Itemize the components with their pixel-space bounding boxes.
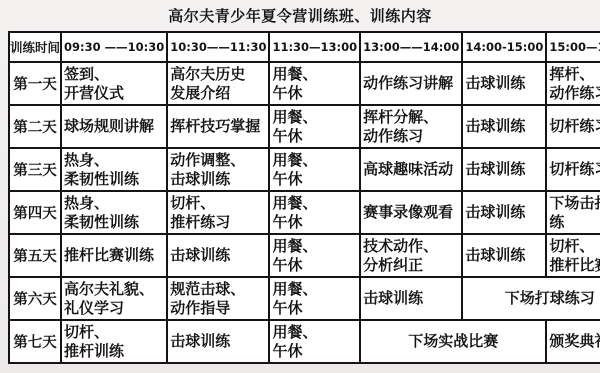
schedule-cell: 用餐、 午休 xyxy=(269,277,360,320)
schedule-cell: 签到、 开营仪式 xyxy=(61,62,167,105)
time-header-2: 10:30——11:30 xyxy=(167,32,269,62)
table-row-day3: 第三天 热身、 柔韧性训练 动作调整、 击球训练 用餐、 午休 高球趣味活动 击… xyxy=(9,148,600,191)
schedule-cell: 击球训练 xyxy=(462,148,546,191)
page: 高尔夫青少年夏令营训练班、训练内容 训练时间 09:30 ——10:30 10:… xyxy=(0,0,600,373)
schedule-cell: 赛事录像观看 xyxy=(360,191,462,234)
table-row-day2: 第二天 球场规则讲解 挥杆技巧掌握 用餐、 午休 挥杆分解、 动作练习 击球训练… xyxy=(9,105,600,148)
schedule-cell: 动作练习讲解 xyxy=(360,62,462,105)
schedule-cell: 用餐、 午休 xyxy=(269,234,360,277)
time-header-4: 13:00——14:00 xyxy=(360,32,462,62)
schedule-cell: 颁奖典礼 xyxy=(546,320,600,363)
schedule-cell: 挥杆、 动作练习 xyxy=(546,62,600,105)
table-row-day4: 第四天 热身、 柔韧性训练 切杆、 推杆练习 用餐、 午休 赛事录像观看 击球训… xyxy=(9,191,600,234)
corner-header: 训练时间 xyxy=(9,32,61,62)
time-header-3: 11:30—13:00 xyxy=(269,32,360,62)
day-label: 第六天 xyxy=(9,277,61,320)
day-label: 第五天 xyxy=(9,234,61,277)
schedule-cell: 击球训练 xyxy=(167,234,269,277)
schedule-cell: 击球训练 xyxy=(462,105,546,148)
schedule-cell: 用餐、 午休 xyxy=(269,62,360,105)
table-row-day6: 第六天 高尔夫礼貌、 礼仪学习 规范击球、 动作指导 用餐、 午休 击球训练 下… xyxy=(9,277,600,320)
schedule-table: 训练时间 09:30 ——10:30 10:30——11:30 11:30—13… xyxy=(8,31,600,364)
schedule-cell: 切杆、 推杆比赛 xyxy=(546,234,600,277)
schedule-cell: 击球训练 xyxy=(360,277,462,320)
schedule-cell-merged: 下场打球练习 xyxy=(462,277,600,320)
header-row: 训练时间 09:30 ——10:30 10:30——11:30 11:30—13… xyxy=(9,32,600,62)
schedule-cell: 规范击球、 动作指导 xyxy=(167,277,269,320)
day-label: 第三天 xyxy=(9,148,61,191)
schedule-cell: 推杆比赛训练 xyxy=(61,234,167,277)
schedule-cell: 击球训练 xyxy=(462,191,546,234)
schedule-cell: 球场规则讲解 xyxy=(61,105,167,148)
schedule-cell: 高尔夫历史 发展介绍 xyxy=(167,62,269,105)
day-label: 第七天 xyxy=(9,320,61,363)
schedule-cell: 切杆、 推杆练习 xyxy=(167,191,269,234)
schedule-cell: 击球训练 xyxy=(462,234,546,277)
schedule-cell: 击球训练 xyxy=(167,320,269,363)
schedule-cell: 挥杆技巧掌握 xyxy=(167,105,269,148)
day-label: 第二天 xyxy=(9,105,61,148)
schedule-cell: 热身、 柔韧性训练 xyxy=(61,191,167,234)
schedule-cell: 用餐、 午休 xyxy=(269,105,360,148)
schedule-cell: 切杆、 推杆训练 xyxy=(61,320,167,363)
day-label: 第一天 xyxy=(9,62,61,105)
time-header-6: 15:00—16:00 xyxy=(546,32,600,62)
schedule-cell: 挥杆分解、 动作练习 xyxy=(360,105,462,148)
schedule-cell: 用餐、 午休 xyxy=(269,320,360,363)
schedule-cell: 用餐、 午休 xyxy=(269,191,360,234)
schedule-cell: 高球趣味活动 xyxy=(360,148,462,191)
schedule-cell: 击球训练 xyxy=(462,62,546,105)
table-row-day1: 第一天 签到、 开营仪式 高尔夫历史 发展介绍 用餐、 午休 动作练习讲解 击球… xyxy=(9,62,600,105)
page-title: 高尔夫青少年夏令营训练班、训练内容 xyxy=(0,5,600,26)
time-header-1: 09:30 ——10:30 xyxy=(61,32,167,62)
schedule-cell: 切杆练习 xyxy=(546,105,600,148)
schedule-cell: 下场击打训练 xyxy=(546,191,600,234)
schedule-cell: 切杆练习 xyxy=(546,148,600,191)
time-header-5: 14:00-15:00 xyxy=(462,32,546,62)
schedule-cell: 技术动作、 分析纠正 xyxy=(360,234,462,277)
day-label: 第四天 xyxy=(9,191,61,234)
schedule-cell: 用餐、 午休 xyxy=(269,148,360,191)
schedule-cell: 动作调整、 击球训练 xyxy=(167,148,269,191)
schedule-cell: 高尔夫礼貌、 礼仪学习 xyxy=(61,277,167,320)
schedule-cell-merged: 下场实战比赛 xyxy=(360,320,546,363)
schedule-cell: 热身、 柔韧性训练 xyxy=(61,148,167,191)
table-row-day7: 第七天 切杆、 推杆训练 击球训练 用餐、 午休 下场实战比赛 颁奖典礼 xyxy=(9,320,600,363)
table-row-day5: 第五天 推杆比赛训练 击球训练 用餐、 午休 技术动作、 分析纠正 击球训练 切… xyxy=(9,234,600,277)
